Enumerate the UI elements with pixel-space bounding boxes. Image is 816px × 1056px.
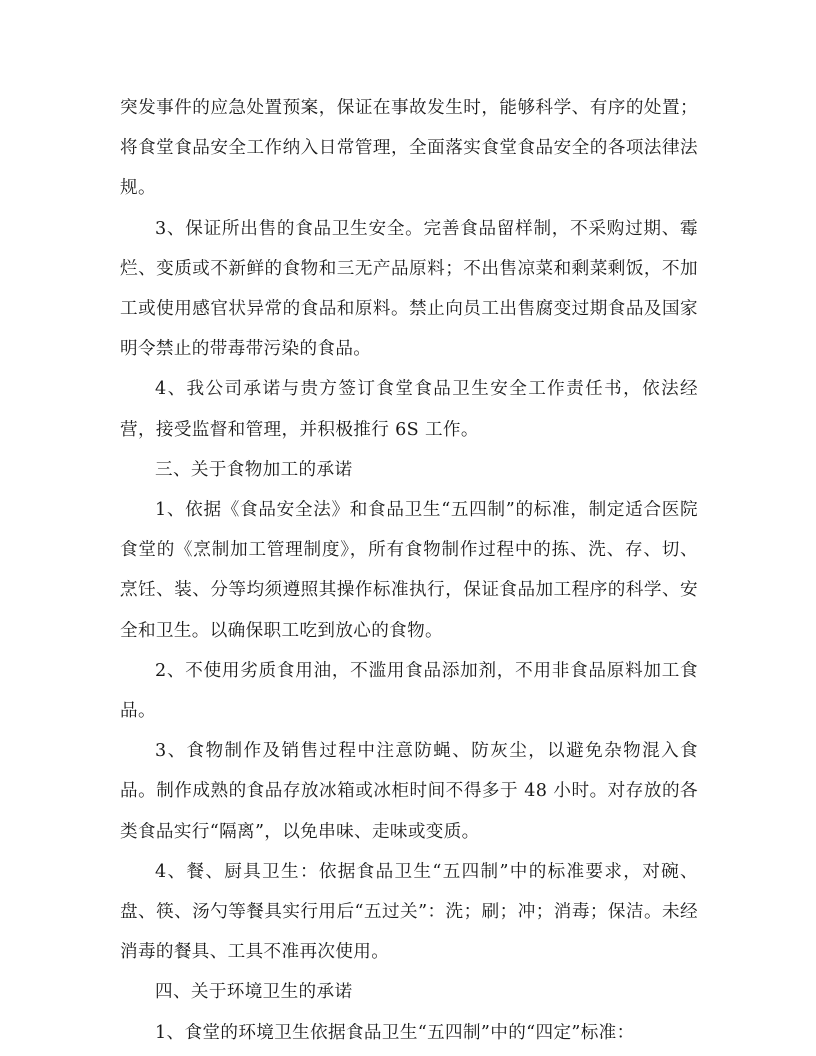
paragraph-no-inferior-oil: 2、不使用劣质食用油，不滥用食品添加剂，不用非食品原料加工食品。 — [120, 651, 698, 731]
paragraph-responsibility-agreement: 4、我公司承诺与贵方签订食堂食品卫生安全工作责任书，依法经营，接受监督和管理，并… — [120, 369, 698, 449]
section-heading-environment: 四、关于环境卫生的承诺 — [120, 972, 698, 1012]
paragraph-food-safety-sales: 3、保证所出售的食品卫生安全。完善食品留样制，不采购过期、霉烂、变质或不新鲜的食… — [120, 209, 698, 370]
paragraph-tableware-hygiene: 4、餐、厨具卫生：依据食品卫生“五四制”中的标准要求，对碗、盘、筷、汤勺等餐具实… — [120, 852, 698, 973]
paragraph-fly-dust-prevention: 3、食物制作及销售过程中注意防蝇、防灰尘，以避免杂物混入食品。制作成熟的食品存放… — [120, 731, 698, 852]
paragraph-processing-standards: 1、依据《食品安全法》和食品卫生“五四制”的标准，制定适合医院食堂的《烹制加工管… — [120, 490, 698, 651]
paragraph-emergency-plan: 突发事件的应急处置预案，保证在事故发生时，能够科学、有序的处置；将食堂食品安全工… — [120, 88, 698, 209]
document-page: 突发事件的应急处置预案，保证在事故发生时，能够科学、有序的处置；将食堂食品安全工… — [120, 88, 698, 1053]
section-heading-food-processing: 三、关于食物加工的承诺 — [120, 450, 698, 490]
paragraph-environment-standards: 1、食堂的环境卫生依据食品卫生“五四制”中的“四定”标准： — [120, 1013, 698, 1053]
